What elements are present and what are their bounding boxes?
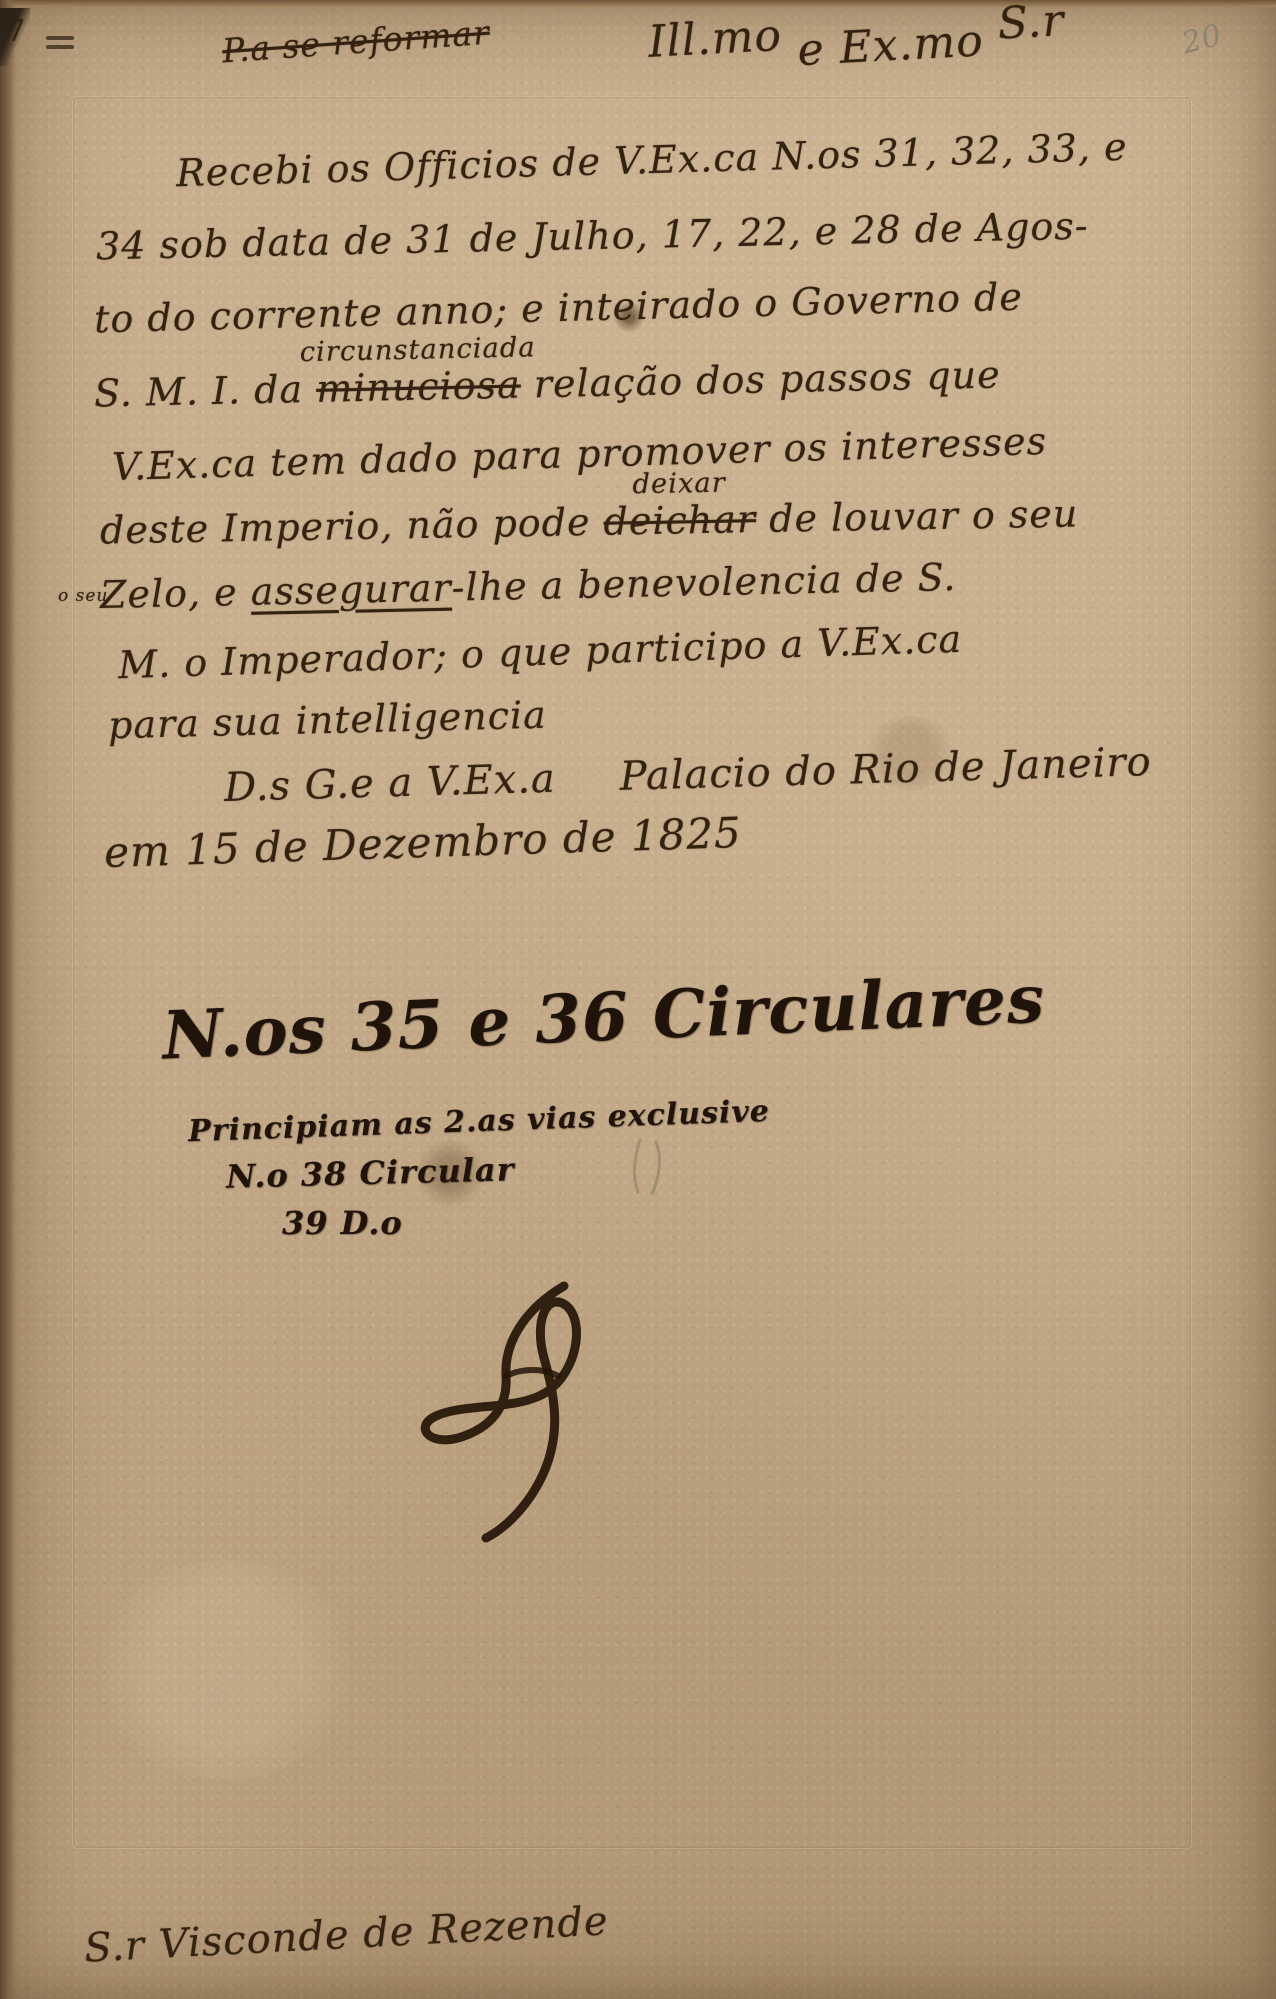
docket-heading: N.os 35 e 36 Circulares (161, 960, 1047, 1075)
body-line-2: 34 sob data de 31 de Julho, 17, 22, e 28… (96, 204, 1089, 269)
inserted-word: deixar (632, 468, 726, 501)
rubric-flourish (372, 1272, 672, 1552)
salutation-sr: S.r (996, 0, 1065, 50)
body-line-7: Zelo, e assegurar-lhe a benevolencia de … (100, 555, 957, 617)
struck-word: minuciosa (316, 363, 521, 411)
place: Palacio do Rio de Janeiro (619, 739, 1152, 800)
line4-post: relação dos passos que (520, 353, 1001, 407)
valediction-line: D.s G.e a V.Ex.aPalacio do Rio de Janeir… (224, 739, 1153, 811)
page-top-edge (0, 0, 1276, 7)
body-line-1: Recebi os Officios de V.Ex.ca N.os 31, 3… (176, 125, 1128, 196)
line6-post: de louvar o seu (756, 491, 1079, 541)
valediction: D.s G.e a V.Ex.a (224, 756, 557, 811)
salutation-illmo: Ill.mo (647, 10, 783, 68)
body-line-9: para sua intelligencia (108, 693, 548, 748)
body-line-4: S. M. I. da minuciosacircunstanciada rel… (94, 353, 1001, 416)
docket-note-3: 39 D.o (282, 1204, 403, 1242)
line6-pre: deste Imperio, não pode (100, 500, 604, 553)
body-line-6: deste Imperio, não pode deichardeixar de… (100, 491, 1079, 552)
body-line-3: to do corrente anno; e inteirado o Gover… (94, 275, 1024, 342)
binding-edge (0, 0, 16, 1999)
correction-minuciosa: minuciosacircunstanciada (316, 363, 521, 411)
docket-note-1: Principiam as 2.as vias exclusive (188, 1094, 771, 1149)
ink-marks (46, 36, 74, 52)
manuscript-page: 7 P.a se reformar Ill.mo e Ex.mo S.r 20 … (0, 0, 1276, 1999)
line7-post: -lhe a benevolencia de S. (451, 555, 957, 610)
folio-number: 7 (6, 14, 26, 49)
salutation-exmo: e Ex.mo (796, 15, 985, 76)
pencil-folio-number: 20 (1178, 18, 1225, 62)
salutation: Ill.mo e Ex.mo S.r (647, 0, 1066, 68)
docket-note-2: N.o 38 Circular (226, 1150, 515, 1196)
body-line-5: V.Ex.ca tem dado para promover os intere… (112, 419, 1048, 489)
line7-underlined: assegurar (250, 566, 452, 614)
line4-pre: S. M. I. da (94, 367, 317, 416)
archival-note-struck: P.a se reformar (221, 13, 491, 71)
date-line: em 15 de Dezembro de 1825 (103, 808, 742, 877)
addressee: S.r Visconde de Rezende (83, 1898, 610, 1971)
correction-deichar: deichardeixar (603, 497, 756, 544)
paper-stain (96, 1560, 356, 1780)
pencil-mark (612, 1132, 682, 1202)
inserted-word: circunstanciada (299, 332, 536, 368)
struck-word: deichar (603, 497, 756, 544)
body-line-8: M. o Imperador; o que participo a V.Ex.c… (118, 617, 963, 688)
line7-pre: Zelo, e (100, 570, 252, 617)
